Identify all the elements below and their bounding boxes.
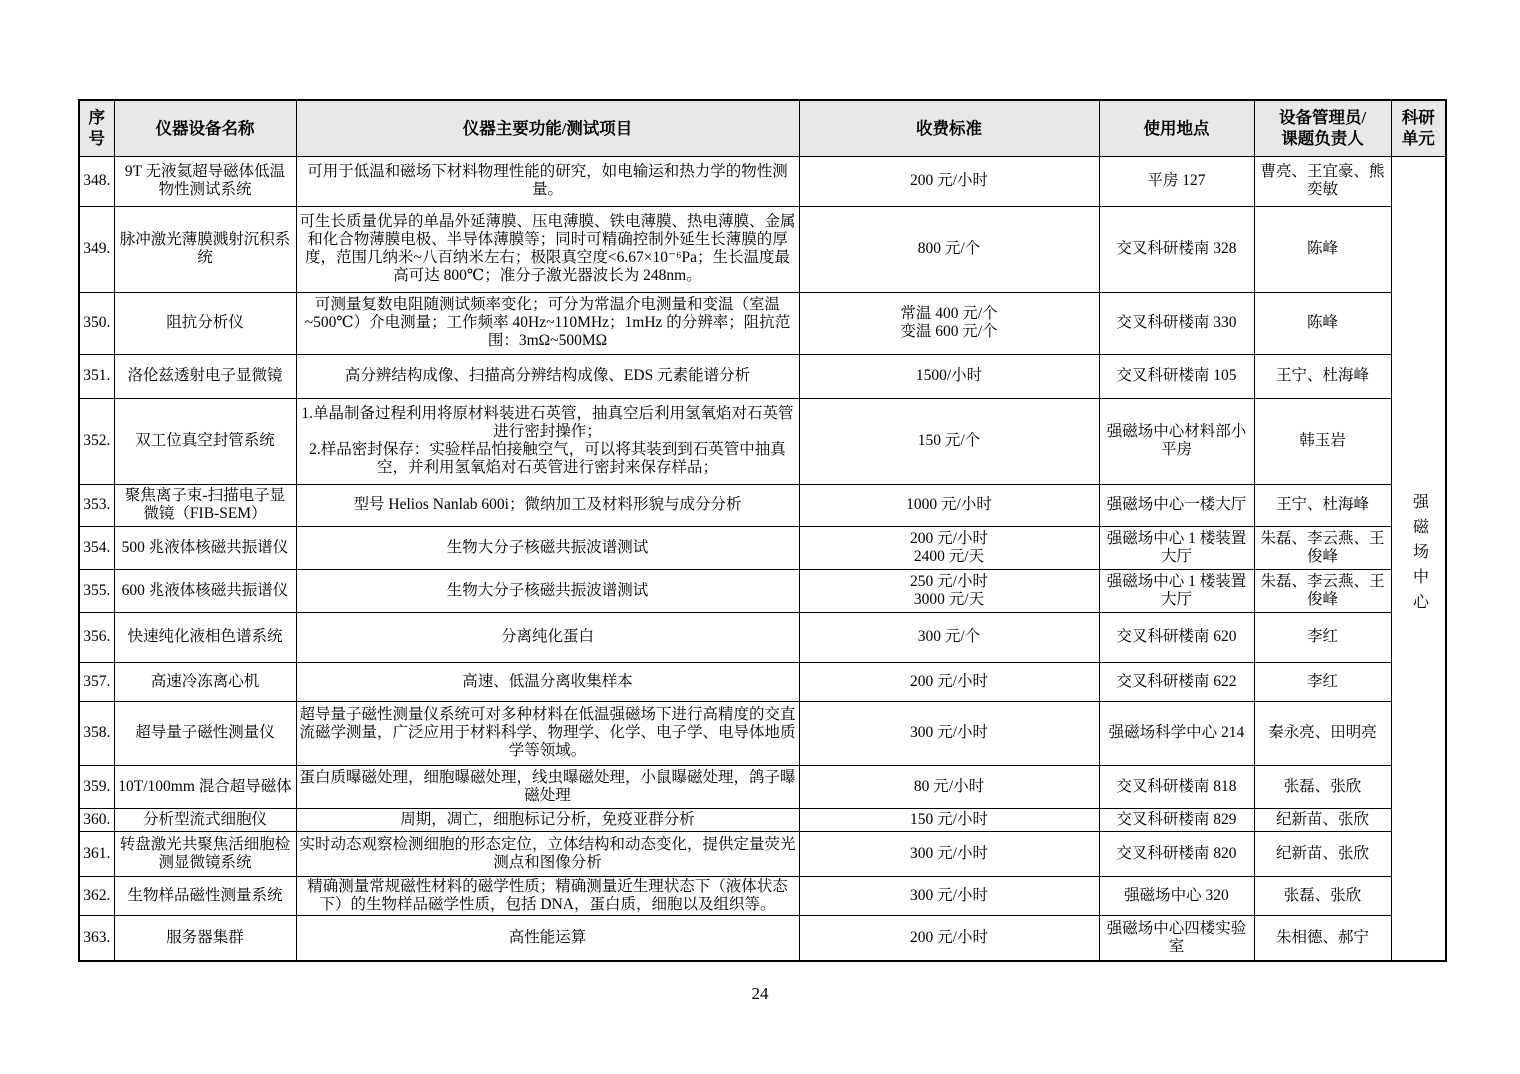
cell-no: 361. (79, 831, 114, 876)
cell-location: 交叉科研楼南 820 (1099, 831, 1254, 876)
cell-function: 高分辨结构成像、扫描高分辨结构成像、EDS 元素能谱分析 (296, 354, 799, 398)
cell-name: 阻抗分析仪 (114, 292, 296, 354)
table-row: 349. 脉冲激光薄膜溅射沉积系统 可生长质量优异的单晶外延薄膜、压电薄膜、铁电… (79, 206, 1446, 292)
cell-manager: 陈峰 (1254, 292, 1391, 354)
cell-function: 分离纯化蛋白 (296, 612, 799, 662)
cell-manager: 陈峰 (1254, 206, 1391, 292)
cell-location: 强磁场中心 320 (1099, 876, 1254, 915)
cell-function: 可测量复数电阻随测试频率变化；可分为常温介电测量和变温（室温~500℃）介电测量… (296, 292, 799, 354)
col-header-function: 仪器主要功能/测试项目 (296, 100, 799, 156)
cell-no: 363. (79, 915, 114, 961)
table-row: 359. 10T/100mm 混合超导磁体 蛋白质曝磁处理，细胞曝磁处理，线虫曝… (79, 765, 1446, 808)
cell-function: 高性能运算 (296, 915, 799, 961)
cell-function: 超导量子磁性测量仪系统可对多种材料在低温强磁场下进行高精度的交直流磁学测量，广泛… (296, 701, 799, 765)
cell-fee: 300 元/个 (799, 612, 1099, 662)
cell-function: 周期，凋亡，细胞标记分析，免疫亚群分析 (296, 808, 799, 831)
cell-name: 聚焦离子束-扫描电子显微镜（FIB-SEM） (114, 484, 296, 526)
cell-fee: 150 元/小时 (799, 808, 1099, 831)
cell-function: 生物大分子核磁共振波谱测试 (296, 569, 799, 612)
cell-manager: 纪新苗、张欣 (1254, 808, 1391, 831)
cell-no: 362. (79, 876, 114, 915)
cell-fee: 250 元/小时 3000 元/天 (799, 569, 1099, 612)
col-header-no: 序 号 (79, 100, 114, 156)
col-header-manager: 设备管理员/ 课题负责人 (1254, 100, 1391, 156)
cell-location: 交叉科研楼南 622 (1099, 662, 1254, 701)
cell-fee: 200 元/小时 (799, 662, 1099, 701)
cell-location: 交叉科研楼南 330 (1099, 292, 1254, 354)
cell-fee: 300 元/小时 (799, 701, 1099, 765)
table-row: 356. 快速纯化液相色谱系统 分离纯化蛋白 300 元/个 交叉科研楼南 62… (79, 612, 1446, 662)
table-row: 355. 600 兆液体核磁共振谱仪 生物大分子核磁共振波谱测试 250 元/小… (79, 569, 1446, 612)
cell-no: 356. (79, 612, 114, 662)
cell-fee: 300 元/小时 (799, 876, 1099, 915)
cell-fee: 80 元/小时 (799, 765, 1099, 808)
cell-name: 超导量子磁性测量仪 (114, 701, 296, 765)
cell-manager: 朱磊、李云燕、王俊峰 (1254, 526, 1391, 569)
cell-function: 蛋白质曝磁处理，细胞曝磁处理，线虫曝磁处理，小鼠曝磁处理，鸽子曝磁处理 (296, 765, 799, 808)
cell-fee: 200 元/小时 (799, 915, 1099, 961)
table-row: 350. 阻抗分析仪 可测量复数电阻随测试频率变化；可分为常温介电测量和变温（室… (79, 292, 1446, 354)
cell-manager: 王宁、杜海峰 (1254, 354, 1391, 398)
table-row: 348. 9T 无液氦超导磁体低温物性测试系统 可用于低温和磁场下材料物理性能的… (79, 156, 1446, 206)
cell-manager: 李红 (1254, 662, 1391, 701)
cell-fee: 200 元/小时 2400 元/天 (799, 526, 1099, 569)
table-row: 363. 服务器集群 高性能运算 200 元/小时 强磁场中心四楼实验室 朱相德… (79, 915, 1446, 961)
cell-no: 360. (79, 808, 114, 831)
cell-no: 358. (79, 701, 114, 765)
cell-function: 生物大分子核磁共振波谱测试 (296, 526, 799, 569)
cell-research-unit: 强磁场中心 (1391, 156, 1446, 961)
cell-name: 10T/100mm 混合超导磁体 (114, 765, 296, 808)
table-row: 361. 转盘激光共聚焦活细胞检测显微镜系统 实时动态观察检测细胞的形态定位，立… (79, 831, 1446, 876)
cell-location: 交叉科研楼南 105 (1099, 354, 1254, 398)
cell-fee: 300 元/小时 (799, 831, 1099, 876)
cell-fee: 1000 元/小时 (799, 484, 1099, 526)
cell-function: 1.单晶制备过程利用将原材料装进石英管，抽真空后利用氢氧焰对石英管进行密封操作；… (296, 398, 799, 484)
cell-fee: 800 元/个 (799, 206, 1099, 292)
cell-name: 分析型流式细胞仪 (114, 808, 296, 831)
table-row: 357. 高速冷冻离心机 高速、低温分离收集样本 200 元/小时 交叉科研楼南… (79, 662, 1446, 701)
cell-location: 交叉科研楼南 829 (1099, 808, 1254, 831)
cell-manager: 朱相德、郝宁 (1254, 915, 1391, 961)
cell-no: 350. (79, 292, 114, 354)
cell-location: 交叉科研楼南 620 (1099, 612, 1254, 662)
cell-name: 生物样品磁性测量系统 (114, 876, 296, 915)
cell-no: 349. (79, 206, 114, 292)
cell-no: 348. (79, 156, 114, 206)
cell-location: 强磁场科学中心 214 (1099, 701, 1254, 765)
cell-no: 354. (79, 526, 114, 569)
page-number: 24 (0, 984, 1520, 1004)
cell-name: 9T 无液氦超导磁体低温物性测试系统 (114, 156, 296, 206)
cell-no: 359. (79, 765, 114, 808)
cell-fee: 常温 400 元/个 变温 600 元/个 (799, 292, 1099, 354)
cell-location: 平房 127 (1099, 156, 1254, 206)
cell-manager: 朱磊、李云燕、王俊峰 (1254, 569, 1391, 612)
table-row: 358. 超导量子磁性测量仪 超导量子磁性测量仪系统可对多种材料在低温强磁场下进… (79, 701, 1446, 765)
cell-manager: 纪新苗、张欣 (1254, 831, 1391, 876)
table-row: 352. 双工位真空封管系统 1.单晶制备过程利用将原材料装进石英管，抽真空后利… (79, 398, 1446, 484)
cell-fee: 1500/小时 (799, 354, 1099, 398)
cell-name: 高速冷冻离心机 (114, 662, 296, 701)
document-page: 序 号 仪器设备名称 仪器主要功能/测试项目 收费标准 使用地点 设备管理员/ … (0, 0, 1520, 1074)
cell-location: 强磁场中心一楼大厅 (1099, 484, 1254, 526)
cell-function: 型号 Helios Nanlab 600i；微纳加工及材料形貌与成分分析 (296, 484, 799, 526)
cell-location: 强磁场中心材料部小平房 (1099, 398, 1254, 484)
cell-function: 实时动态观察检测细胞的形态定位，立体结构和动态变化，提供定量荧光测点和图像分析 (296, 831, 799, 876)
cell-manager: 王宁、杜海峰 (1254, 484, 1391, 526)
cell-function: 高速、低温分离收集样本 (296, 662, 799, 701)
table-row: 360. 分析型流式细胞仪 周期，凋亡，细胞标记分析，免疫亚群分析 150 元/… (79, 808, 1446, 831)
cell-name: 脉冲激光薄膜溅射沉积系统 (114, 206, 296, 292)
cell-manager: 曹亮、王宜豪、熊奕敏 (1254, 156, 1391, 206)
cell-location: 强磁场中心四楼实验室 (1099, 915, 1254, 961)
cell-location: 强磁场中心 1 楼装置大厅 (1099, 526, 1254, 569)
cell-location: 强磁场中心 1 楼装置大厅 (1099, 569, 1254, 612)
cell-manager: 张磊、张欣 (1254, 765, 1391, 808)
cell-name: 转盘激光共聚焦活细胞检测显微镜系统 (114, 831, 296, 876)
cell-location: 交叉科研楼南 328 (1099, 206, 1254, 292)
table-row: 362. 生物样品磁性测量系统 精确测量常规磁性材料的磁学性质；精确测量近生理状… (79, 876, 1446, 915)
table-row: 351. 洛伦兹透射电子显微镜 高分辨结构成像、扫描高分辨结构成像、EDS 元素… (79, 354, 1446, 398)
cell-name: 服务器集群 (114, 915, 296, 961)
research-unit-vertical-label: 强磁场中心 (1409, 493, 1428, 618)
col-header-name: 仪器设备名称 (114, 100, 296, 156)
cell-fee: 150 元/个 (799, 398, 1099, 484)
cell-manager: 李红 (1254, 612, 1391, 662)
table-row: 353. 聚焦离子束-扫描电子显微镜（FIB-SEM） 型号 Helios Na… (79, 484, 1446, 526)
cell-name: 洛伦兹透射电子显微镜 (114, 354, 296, 398)
table-header-row: 序 号 仪器设备名称 仪器主要功能/测试项目 收费标准 使用地点 设备管理员/ … (79, 100, 1446, 156)
cell-fee: 200 元/小时 (799, 156, 1099, 206)
cell-name: 快速纯化液相色谱系统 (114, 612, 296, 662)
cell-location: 交叉科研楼南 818 (1099, 765, 1254, 808)
cell-manager: 韩玉岩 (1254, 398, 1391, 484)
cell-function: 可生长质量优异的单晶外延薄膜、压电薄膜、铁电薄膜、热电薄膜、金属和化合物薄膜电极… (296, 206, 799, 292)
cell-manager: 张磊、张欣 (1254, 876, 1391, 915)
cell-manager: 秦永亮、田明亮 (1254, 701, 1391, 765)
table-row: 354. 500 兆液体核磁共振谱仪 生物大分子核磁共振波谱测试 200 元/小… (79, 526, 1446, 569)
cell-no: 357. (79, 662, 114, 701)
cell-name: 600 兆液体核磁共振谱仪 (114, 569, 296, 612)
cell-name: 500 兆液体核磁共振谱仪 (114, 526, 296, 569)
cell-function: 精确测量常规磁性材料的磁学性质；精确测量近生理状态下（液体状态下）的生物样品磁学… (296, 876, 799, 915)
cell-no: 355. (79, 569, 114, 612)
cell-function: 可用于低温和磁场下材料物理性能的研究，如电输运和热力学的物性测量。 (296, 156, 799, 206)
cell-no: 352. (79, 398, 114, 484)
equipment-fee-table: 序 号 仪器设备名称 仪器主要功能/测试项目 收费标准 使用地点 设备管理员/ … (78, 99, 1447, 962)
col-header-location: 使用地点 (1099, 100, 1254, 156)
cell-no: 351. (79, 354, 114, 398)
cell-no: 353. (79, 484, 114, 526)
cell-name: 双工位真空封管系统 (114, 398, 296, 484)
col-header-unit: 科研 单元 (1391, 100, 1446, 156)
col-header-fee: 收费标准 (799, 100, 1099, 156)
